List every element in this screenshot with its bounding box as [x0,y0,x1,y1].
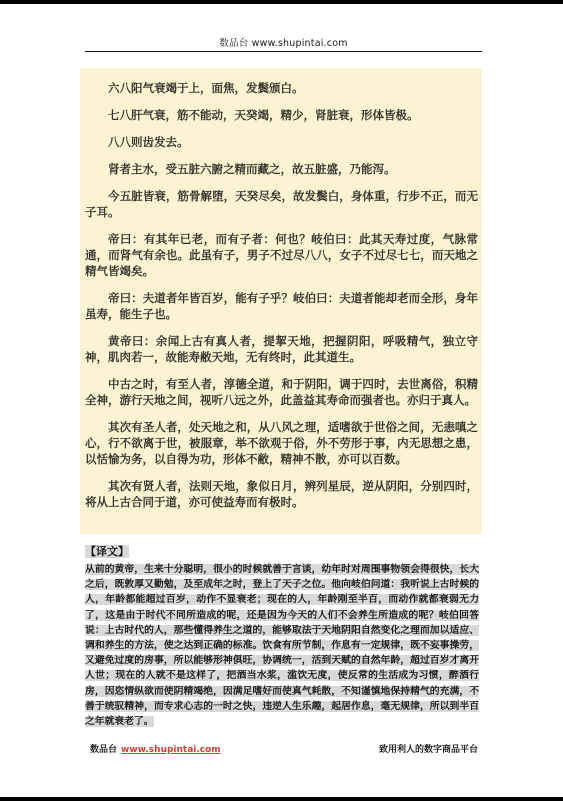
classical-text-panel: 六八阳气衰竭于上，面焦，发鬓颁白。 七八肝气衰，筋不能动，天癸竭，精少，肾脏衰，… [80,68,482,534]
footer-site-link[interactable]: www.shupintai.com [121,745,221,755]
classical-paragraph-2: 七八肝气衰，筋不能动，天癸竭，精少，肾脏衰，形体皆极。 [85,107,478,123]
classical-paragraph-10: 其次有圣人者，处天地之和，从八风之理，适嗜欲于世俗之间，无恚嗔之心，行不欲离于世… [85,419,478,467]
classical-paragraph-5: 今五脏皆衰，筋骨解堕，天癸尽矣，故发鬓白，身体重，行步不正，而无子耳。 [85,188,478,220]
translation-section: 【译文】 从前的黄帝，生来十分聪明，很小的时候就善于言谈，幼年时对周围事物领会得… [85,545,479,729]
footer-site-name: 数品台 [90,742,117,755]
bottom-border-bar [0,797,563,801]
classical-paragraph-9: 中古之时，有至人者，淳德全道，和于阴阳，调于四时，去世离俗，积精全神，游行天地之… [85,376,478,408]
classical-paragraph-3: 八八则齿发去。 [85,134,478,150]
translation-section-label: 【译文】 [85,545,129,558]
header-site-label: 数品台 www.shupintai.com [219,35,347,49]
translation-label-row: 【译文】 [85,545,479,559]
classical-paragraph-8: 黄帝曰：余闻上古有真人者，提挈天地，把握阴阳，呼吸精气，独立守神，肌肉若一，故能… [85,333,478,365]
classical-paragraph-4: 肾者主水，受五脏六腑之精而藏之，故五脏盛，乃能泻。 [85,161,478,177]
classical-paragraph-1: 六八阳气衰竭于上，面焦，发鬓颁白。 [85,80,478,96]
page-header: 数品台 www.shupintai.com [85,0,482,52]
classical-paragraph-6: 帝曰：有其年已老，而有子者：何也？岐伯曰：此其天寿过度，气脉常通，而肾气有余也。… [85,231,478,279]
translation-body-paragraph: 从前的黄帝，生来十分聪明，很小的时候就善于言谈，幼年时对周围事物领会得很快，长大… [85,562,479,729]
classical-paragraph-11: 其次有贤人者，法则天地，象似日月，辨列星辰，逆从阴阳，分别四时，将从上古合同于道… [85,478,478,510]
page-footer: 数品台 www.shupintai.com 致用利人的数字商品平台 [90,742,478,755]
classical-paragraph-7: 帝曰：夫道者年皆百岁，能有子乎？岐伯曰：夫道者能却老而全形，身年虽寿，能生子也。 [85,290,478,322]
footer-tagline: 致用利人的数字商品平台 [379,742,478,755]
translation-body-text: 从前的黄帝，生来十分聪明，很小的时候就善于言谈，幼年时对周围事物领会得很快，长大… [85,564,479,727]
document-page: 数品台 www.shupintai.com 六八阳气衰竭于上，面焦，发鬓颁白。 … [0,0,563,801]
footer-left-group: 数品台 www.shupintai.com [90,742,221,755]
